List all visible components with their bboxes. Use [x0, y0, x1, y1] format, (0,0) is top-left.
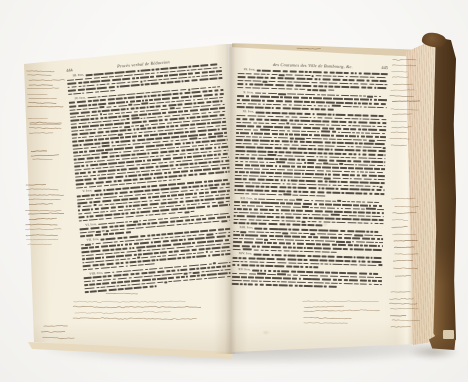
book-photograph: 444 Procès verbal de Rédaction III. Item…: [0, 0, 468, 382]
right-page-body: IX. Item,X. Item,XI. Item,XII. Item,XIII…: [232, 68, 388, 290]
foxing-spot: [118, 248, 124, 253]
leather-cover-edge: [433, 37, 456, 349]
right-page-text: des Coutumes des Ville de Bombourg, &c. …: [232, 61, 388, 290]
foxing-spot: [262, 330, 270, 335]
gutter-shadow: [214, 44, 248, 354]
right-page-number: 445: [376, 65, 388, 70]
cover-inner-notch: [443, 330, 454, 339]
left-page-number: 444: [66, 67, 78, 73]
page-curve-shading: [24, 60, 50, 346]
foxing-spot: [322, 222, 328, 227]
foxing-spot: [182, 118, 187, 122]
